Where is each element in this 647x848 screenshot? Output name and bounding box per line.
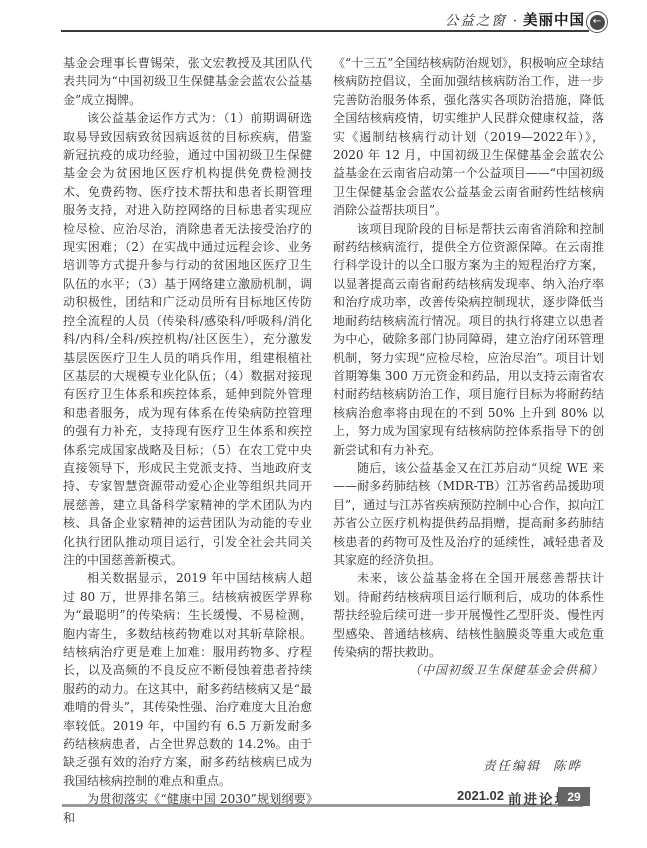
paragraph: 为贯彻落实《“健康中国 2030”规划纲要》和 <box>63 790 312 827</box>
editor-name: 陈晔 <box>553 756 582 774</box>
header-title: 美丽中国 <box>523 9 585 30</box>
paragraph: 该项目现阶段的目标是帮扶云南省消除和控制耐药结核病流行，提供全方位资源保障。在云… <box>333 220 604 459</box>
page-header: 公益之窗 · 美丽中国 <box>445 9 585 30</box>
paragraph: 相关数据显示，2019 年中国结核病人超过 80 万，世界排名第三。结核病被医学… <box>63 569 312 790</box>
header-separator-dot: · <box>513 14 517 29</box>
paragraph: 该公益基金运作方式为：（1）前期调研选取易导致因病致贫因病返贫的目标疾病，借鉴新… <box>63 109 312 569</box>
left-column: 基金会理事长曹锡荣，张文宏教授及其团队代表共同为“中国初级卫生保健基金会蓝农公益… <box>63 54 312 827</box>
paragraph: 未来，该公益基金将在全国开展慈善帮扶计划。待耐药结核病项目运行顺利后，成功的体系… <box>333 569 604 661</box>
right-column: 《“十三五”全国结核病防治规划》，积极响应全球结核病防控倡议，全面加强结核病防治… <box>333 54 604 827</box>
article-body: 基金会理事长曹锡荣，张文宏教授及其团队代表共同为“中国初级卫生保健基金会蓝农公益… <box>63 54 604 827</box>
page-number-badge: 29 <box>558 787 590 806</box>
paragraph: 基金会理事长曹锡荣，张文宏教授及其团队代表共同为“中国初级卫生保健基金会蓝农公益… <box>63 54 312 109</box>
back-arrow-glyph: ← <box>590 15 605 30</box>
paragraph: 《“十三五”全国结核病防治规划》，积极响应全球结核病防控倡议，全面加强结核病防治… <box>333 54 604 220</box>
back-arrow-circle-icon: ← <box>586 11 608 33</box>
contributor-byline: （中国初级卫生保健基金会供稿） <box>333 661 604 679</box>
header-section-label: 公益之窗 <box>445 9 507 29</box>
footer-issue-date: 2021.02 <box>420 788 504 803</box>
footer-rule-line <box>62 804 583 807</box>
header-rule-line <box>61 30 589 32</box>
responsible-editor-line: 责任编辑 陈晔 <box>483 756 582 774</box>
paragraph: 随后，该公益基金又在江苏启动“贝绽 WE 来——耐多药肺结核（MDR-TB）江苏… <box>333 459 604 569</box>
editor-label: 责任编辑 <box>483 756 541 774</box>
magazine-page: 公益之窗 · 美丽中国 ← 基金会理事长曹锡荣，张文宏教授及其团队代表共同为“中… <box>0 0 647 848</box>
